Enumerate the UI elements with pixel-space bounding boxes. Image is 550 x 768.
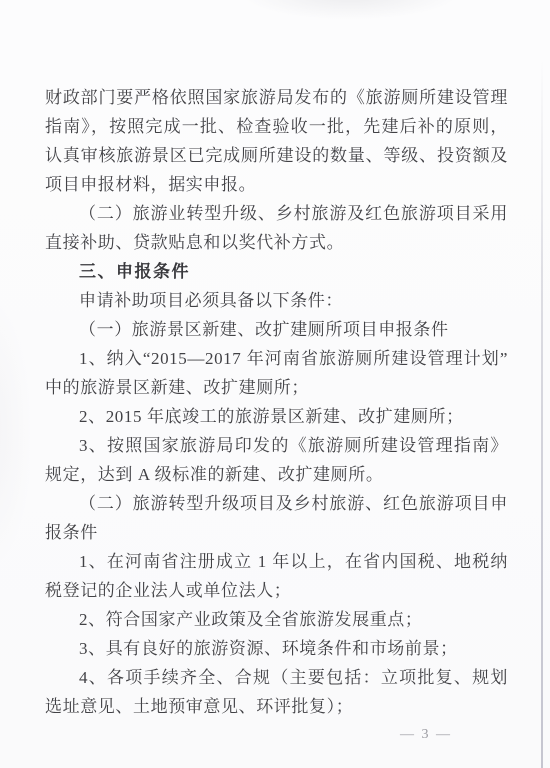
document-page: 财政部门要严格依照国家旅游局发布的《旅游厕所建设管理指南》，按照完成一批、检查验…: [0, 0, 550, 768]
body-paragraph-continuation: 财政部门要严格依照国家旅游局发布的《旅游厕所建设管理指南》，按照完成一批、检查验…: [45, 83, 508, 199]
list-item-project-condition-4: 4、各项手续齐全、合规（主要包括：立项批复、规划选址意见、土地预审意见、环评批复…: [45, 663, 508, 721]
list-item-toilet-condition-3: 3、按照国家旅游局印发的《旅游厕所建设管理指南》规定，达到 A 级标准的新建、改…: [45, 431, 508, 489]
list-item-project-condition-1: 1、在河南省注册成立 1 年以上，在省内国税、地税纳税登记的企业法人或单位法人；: [45, 547, 508, 605]
list-item-toilet-condition-1: 1、纳入“2015—2017 年河南省旅游厕所建设管理计划”中的旅游景区新建、改…: [45, 344, 508, 402]
list-item-project-condition-3: 3、具有良好的旅游资源、环境条件和市场前景；: [45, 634, 508, 663]
page-edge-shadow: [541, 60, 543, 768]
section-heading-application-conditions: 三、申报条件: [45, 257, 508, 286]
list-item-toilet-condition-2: 2、2015 年底竣工的旅游景区新建、改扩建厕所；: [45, 402, 508, 431]
body-paragraph-item-2-funding-methods: （二）旅游业转型升级、乡村旅游及红色旅游项目采用直接补助、贷款贴息和以奖代补方式…: [45, 199, 508, 257]
document-body: 财政部门要严格依照国家旅游局发布的《旅游厕所建设管理指南》，按照完成一批、检查验…: [45, 83, 508, 721]
scan-artifact-top: [240, 0, 460, 20]
subsection-heading-upgrade-rural-red-projects: （二）旅游转型升级项目及乡村旅游、红色旅游项目申报条件: [45, 489, 508, 547]
page-number: — 3 —: [400, 726, 452, 744]
body-paragraph-conditions-intro: 申请补助项目必须具备以下条件：: [45, 286, 508, 315]
subsection-heading-toilet-projects: （一）旅游景区新建、改扩建厕所项目申报条件: [45, 315, 508, 344]
list-item-project-condition-2: 2、符合国家产业政策及全省旅游发展重点；: [45, 605, 508, 634]
scan-artifact-left: [0, 300, 30, 560]
